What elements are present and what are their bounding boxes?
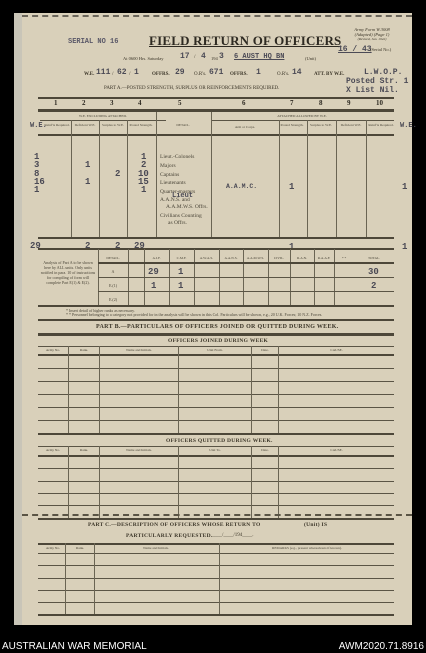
column-number: 1	[54, 99, 58, 107]
divider	[307, 120, 308, 238]
total-att-req: 1	[402, 242, 407, 252]
table-row	[38, 481, 394, 482]
divider	[38, 446, 394, 447]
divider	[99, 120, 100, 238]
analysis-header: R.A.A.F.	[314, 256, 334, 260]
table-row	[38, 368, 394, 369]
column-number: 3	[110, 99, 114, 107]
divider	[38, 553, 394, 554]
table-row	[38, 493, 394, 494]
divider	[127, 120, 128, 238]
analysis-detail: E.(2)	[98, 297, 128, 302]
divider	[38, 354, 394, 356]
column-number: 8	[319, 99, 323, 107]
year-prefix: 194	[211, 56, 218, 61]
we-label: W.E.	[84, 72, 94, 77]
divider	[178, 346, 179, 433]
analysis-note: Analysis of Part A to be shown here by A…	[40, 260, 96, 285]
quitted-header: Rank.	[69, 448, 99, 452]
part-c-header: REMARKS (e.g., present whereabouts if kn…	[220, 546, 394, 550]
att-ors-value: 14	[292, 68, 302, 77]
rank-label: as Offrs.	[168, 220, 187, 226]
divider	[251, 346, 252, 433]
analysis-header: DETAIL.	[98, 256, 128, 260]
analysis-detail: A	[98, 269, 128, 274]
divider	[38, 346, 394, 347]
part-c-title: PART C.—DESCRIPTION OF OFFICERS WHOSE RE…	[88, 522, 261, 528]
att-by-label: ATT. BY W.E.	[314, 72, 344, 77]
deficient-value: 1	[85, 177, 90, 187]
rank-label: Civilians Counting	[160, 213, 202, 219]
analysis-header: R.A.N.	[290, 256, 314, 260]
divider	[211, 112, 212, 238]
part-c-header: Name and Initials.	[96, 546, 216, 550]
divider	[38, 333, 394, 336]
divider	[178, 446, 179, 518]
divider	[38, 237, 394, 239]
part-c-title-2: PARTICULARLY REQUESTED.	[126, 533, 213, 539]
divider	[40, 120, 166, 121]
column-number: 7	[290, 99, 294, 107]
divider	[278, 346, 279, 433]
attached-posted: 1	[289, 182, 294, 192]
quitted-header: Date.	[252, 448, 278, 452]
perforation-line	[22, 15, 412, 17]
we-value-b: 62	[117, 68, 127, 77]
divider	[38, 134, 394, 136]
analysis-detail: E.(1)	[98, 283, 128, 288]
quitted-header: CAUSE.	[279, 448, 394, 452]
ors-label: O.R's.	[194, 72, 206, 77]
rank-label: Lieut.-Colonels	[160, 154, 194, 160]
analysis-header: CIVIL.	[268, 256, 290, 260]
table-row	[38, 394, 394, 395]
column-number: 2	[82, 99, 86, 107]
analysis-header: A.I.F.	[144, 256, 169, 260]
table-row	[38, 381, 394, 382]
column-number: 5	[178, 99, 182, 107]
divider	[99, 446, 100, 518]
divider	[219, 543, 220, 614]
col-header: DETAIL.	[158, 123, 208, 127]
joined-header: Unit From.	[179, 348, 251, 352]
joined-header: CAUSE.	[279, 348, 394, 352]
divider	[98, 262, 394, 264]
divider	[366, 120, 367, 238]
table-row	[38, 590, 394, 591]
analysis-cmf: 1	[178, 281, 183, 291]
att-ors-label: O.R's.	[277, 72, 289, 77]
separator: /	[194, 54, 196, 60]
footer-accession-number: AWM2020.71.8916	[339, 641, 424, 652]
divider	[68, 346, 69, 433]
we-value-a: 111	[96, 68, 110, 77]
divider	[68, 446, 69, 518]
divider	[38, 248, 394, 250]
quitted-header: Name and Initials.	[100, 448, 178, 452]
offrs-label: OFFRS.	[152, 72, 170, 77]
rank-label: Captains	[160, 172, 179, 178]
footer-institution: AUSTRALIAN WAR MEMORIAL	[2, 641, 147, 652]
we-value-c: 1	[134, 68, 139, 77]
table-row	[38, 505, 394, 506]
form-ref-line: (Revised, Jan. 1942)	[339, 37, 405, 41]
divider	[98, 291, 394, 292]
part-c-date: ____/____/194____.	[212, 533, 254, 538]
joined-title: OFFICERS JOINED DURING WEEK	[168, 338, 268, 344]
analysis-total: 2	[371, 281, 376, 291]
analysis-header: * *	[334, 256, 354, 260]
divider	[99, 346, 100, 433]
surplus-value: 2	[115, 169, 120, 179]
reinf-value: 1	[34, 185, 39, 195]
col-header: Deficient W.E.	[72, 123, 98, 127]
divider	[94, 543, 95, 614]
part-b-title: PART B.—PARTICULARS OF OFFICERS JOINED O…	[96, 324, 339, 330]
posted-value: 1	[141, 185, 146, 195]
col-header: Reinf'ts Required.	[44, 123, 70, 127]
col-header: Reinf'ts Required.	[368, 123, 394, 127]
typed-note-posted: Posted Str. 1	[346, 77, 408, 86]
divider	[156, 112, 157, 238]
date-year: 3	[219, 52, 224, 61]
column-number: 4	[138, 99, 142, 107]
divider	[71, 120, 72, 238]
part-c-header: Army No.	[38, 546, 68, 550]
column-number: 10	[376, 99, 383, 107]
left-margin-strip	[14, 13, 22, 625]
footnote: * * Personnel belonging to a category no…	[66, 312, 386, 317]
divider	[38, 109, 394, 112]
offrs-value: 29	[175, 68, 185, 77]
divider	[38, 455, 394, 457]
divider	[38, 543, 394, 545]
ors-value: 671	[209, 68, 223, 77]
unit-label: (Unit)	[305, 56, 316, 61]
quitted-header: Unit To.	[179, 448, 251, 452]
separator: /	[112, 71, 114, 77]
quitted-header: Army No.	[38, 448, 68, 452]
table-row	[38, 468, 394, 469]
group-header-attached: ATTACHED ALLOWED BY W.E.	[212, 114, 392, 118]
document-page: SERIAL NO 16 FIELD RETURN OF OFFICERS Ar…	[14, 13, 412, 625]
att-by-value: L.W.O.P.	[364, 68, 402, 77]
attached-required: 1	[402, 182, 407, 192]
divider	[65, 543, 66, 614]
col-header: Posted Strength.	[280, 123, 304, 127]
analysis-aif: 29	[148, 267, 159, 277]
analysis-header: A.A.M.W.S.	[243, 256, 268, 260]
group-header-we: W.E. EXCLUDING ATTACHED.	[40, 114, 166, 118]
divider	[38, 614, 394, 616]
col-header: Posted Strength.	[128, 123, 154, 127]
unit-name: 6 AUST HQ BN	[234, 53, 284, 61]
column-number: 6	[242, 99, 246, 107]
joined-header: Name and Initials.	[100, 348, 178, 352]
att-offrs-value: 1	[256, 68, 261, 77]
part-c-header: Rank.	[66, 546, 94, 550]
divider	[38, 518, 394, 520]
col-header: Arm or Corps.	[214, 125, 276, 129]
date-month: 4	[201, 52, 206, 61]
col-header: Surplus to W.E.	[308, 123, 334, 127]
table-row	[38, 407, 394, 408]
analysis-header: C.M.F.	[169, 256, 194, 260]
part-a-title: PART A.—POSTED STRENGTH, SURPLUS OR REIN…	[104, 86, 279, 91]
table-row	[38, 602, 394, 603]
divider	[98, 277, 394, 278]
analysis-cmf: 1	[178, 267, 183, 277]
column-number: 9	[347, 99, 351, 107]
col-header: Surplus to W.E.	[100, 123, 126, 127]
table-row	[38, 565, 394, 566]
typed-note-xlist: X List Nil.	[346, 86, 399, 95]
analysis-aif: 1	[151, 281, 156, 291]
analysis-total: 30	[368, 267, 379, 277]
joined-header: Army No.	[38, 348, 68, 352]
form-reference: Army Form W.3008 (Adapted) (Page 1) (Rev…	[339, 27, 405, 41]
attached-corps: A.A.M.C.	[226, 183, 257, 190]
analysis-header: A.W.A.S.	[194, 256, 219, 260]
analysis-header: TOTAL.	[354, 256, 394, 260]
rank-label: A.A.M.W.S. Offrs.	[166, 204, 208, 210]
rank-label: A.A.N.S. and	[160, 197, 190, 203]
att-offrs-label: OFFRS.	[230, 72, 248, 77]
we-stamp-right: W.E.	[400, 122, 417, 130]
rank-label: Lieutenants	[160, 180, 186, 186]
deficient-value: 1	[85, 160, 90, 170]
col-header: Deficient W.E.	[338, 123, 364, 127]
joined-header: Date.	[252, 348, 278, 352]
divider	[336, 120, 337, 238]
perforation-line	[22, 514, 412, 516]
divider	[38, 433, 394, 435]
serial-number-stamp: SERIAL NO 16	[68, 38, 118, 46]
joined-header: Rank.	[69, 348, 99, 352]
divider	[278, 446, 279, 518]
divider	[38, 319, 394, 321]
serial-number-label: (Serial No.)	[370, 47, 391, 52]
divider	[38, 97, 394, 99]
date-day: 17	[180, 52, 190, 61]
part-c-unit-label: (Unit) IS	[304, 522, 327, 528]
form-title: FIELD RETURN OF OFFICERS	[149, 33, 341, 49]
separator: /	[129, 71, 131, 77]
analysis-header: A.A.N.S.	[219, 256, 243, 260]
at-hours-label: At 0600 Hrs. Saturday	[123, 56, 164, 61]
divider	[251, 446, 252, 518]
table-row	[38, 578, 394, 579]
quitted-title: OFFICERS QUITTED DURING WEEK.	[166, 438, 273, 444]
rank-label: Majors	[160, 163, 176, 169]
divider	[38, 305, 394, 307]
table-row	[38, 420, 394, 421]
divider	[279, 120, 280, 238]
serial-number-value: 16 / 43	[338, 45, 372, 54]
